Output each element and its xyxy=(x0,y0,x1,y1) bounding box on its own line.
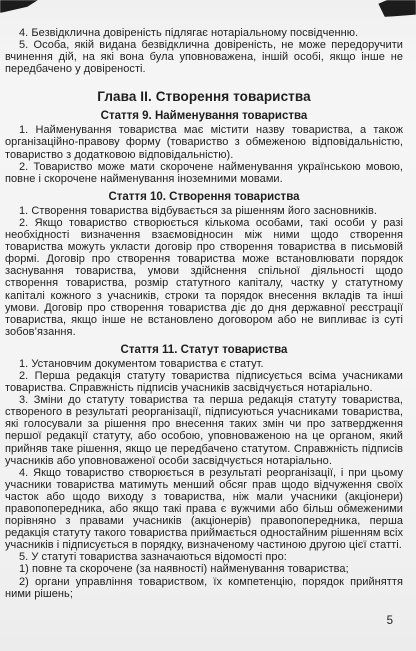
legal-paragraph: 1. Установчим документом товариства є ст… xyxy=(5,358,403,370)
article-9: Стаття 9. Найменування товариства 1. Най… xyxy=(5,110,403,184)
legal-paragraph: 3. Зміни до статуту товариства та перша … xyxy=(5,394,403,467)
scan-artifact-corner-top-right-icon xyxy=(376,0,416,17)
legal-paragraph: 2. Перша редакція статуту товариства під… xyxy=(5,370,403,394)
article-11: Стаття 11. Статут товариства 1. Установч… xyxy=(5,344,403,600)
article-title: Стаття 9. Найменування товариства xyxy=(5,110,403,123)
legal-paragraph: 2. Товариство може мати скорочене наймен… xyxy=(5,161,403,185)
legal-paragraph: 4. Якщо товариство створюється в результ… xyxy=(5,467,403,552)
legal-paragraph: 5. У статуті товариства зазначаються від… xyxy=(5,551,403,563)
legal-paragraph: 5. Особа, якій видана безвідклична довір… xyxy=(5,39,403,75)
scanned-document-page: 4. Безвідклична довіреність підлягає нот… xyxy=(0,0,416,651)
article-title: Стаття 10. Створення товариства xyxy=(5,191,403,204)
scan-artifact-corner-top-left-icon xyxy=(0,0,38,13)
legal-paragraph: 2. Якщо товариство створюється кількома … xyxy=(5,217,403,338)
legal-paragraph: 1. Найменування товариства має містити н… xyxy=(5,124,403,160)
page-text-block: 4. Безвідклична довіреність підлягає нот… xyxy=(5,27,403,600)
chapter-heading: Глава II. Створення товариства xyxy=(5,89,403,104)
legal-list-item: 2) органи управління товариством, їх ком… xyxy=(5,576,403,600)
page-number: 5 xyxy=(387,615,393,628)
article-10: Стаття 10. Створення товариства 1. Створ… xyxy=(5,191,403,338)
article-title: Стаття 11. Статут товариства xyxy=(5,344,403,357)
legal-paragraph: 1. Створення товариства відбувається за … xyxy=(5,205,403,217)
legal-list-item: 1) повне та скорочене (за наявності) най… xyxy=(5,563,403,575)
legal-paragraph: 4. Безвідклична довіреність підлягає нот… xyxy=(5,27,403,39)
